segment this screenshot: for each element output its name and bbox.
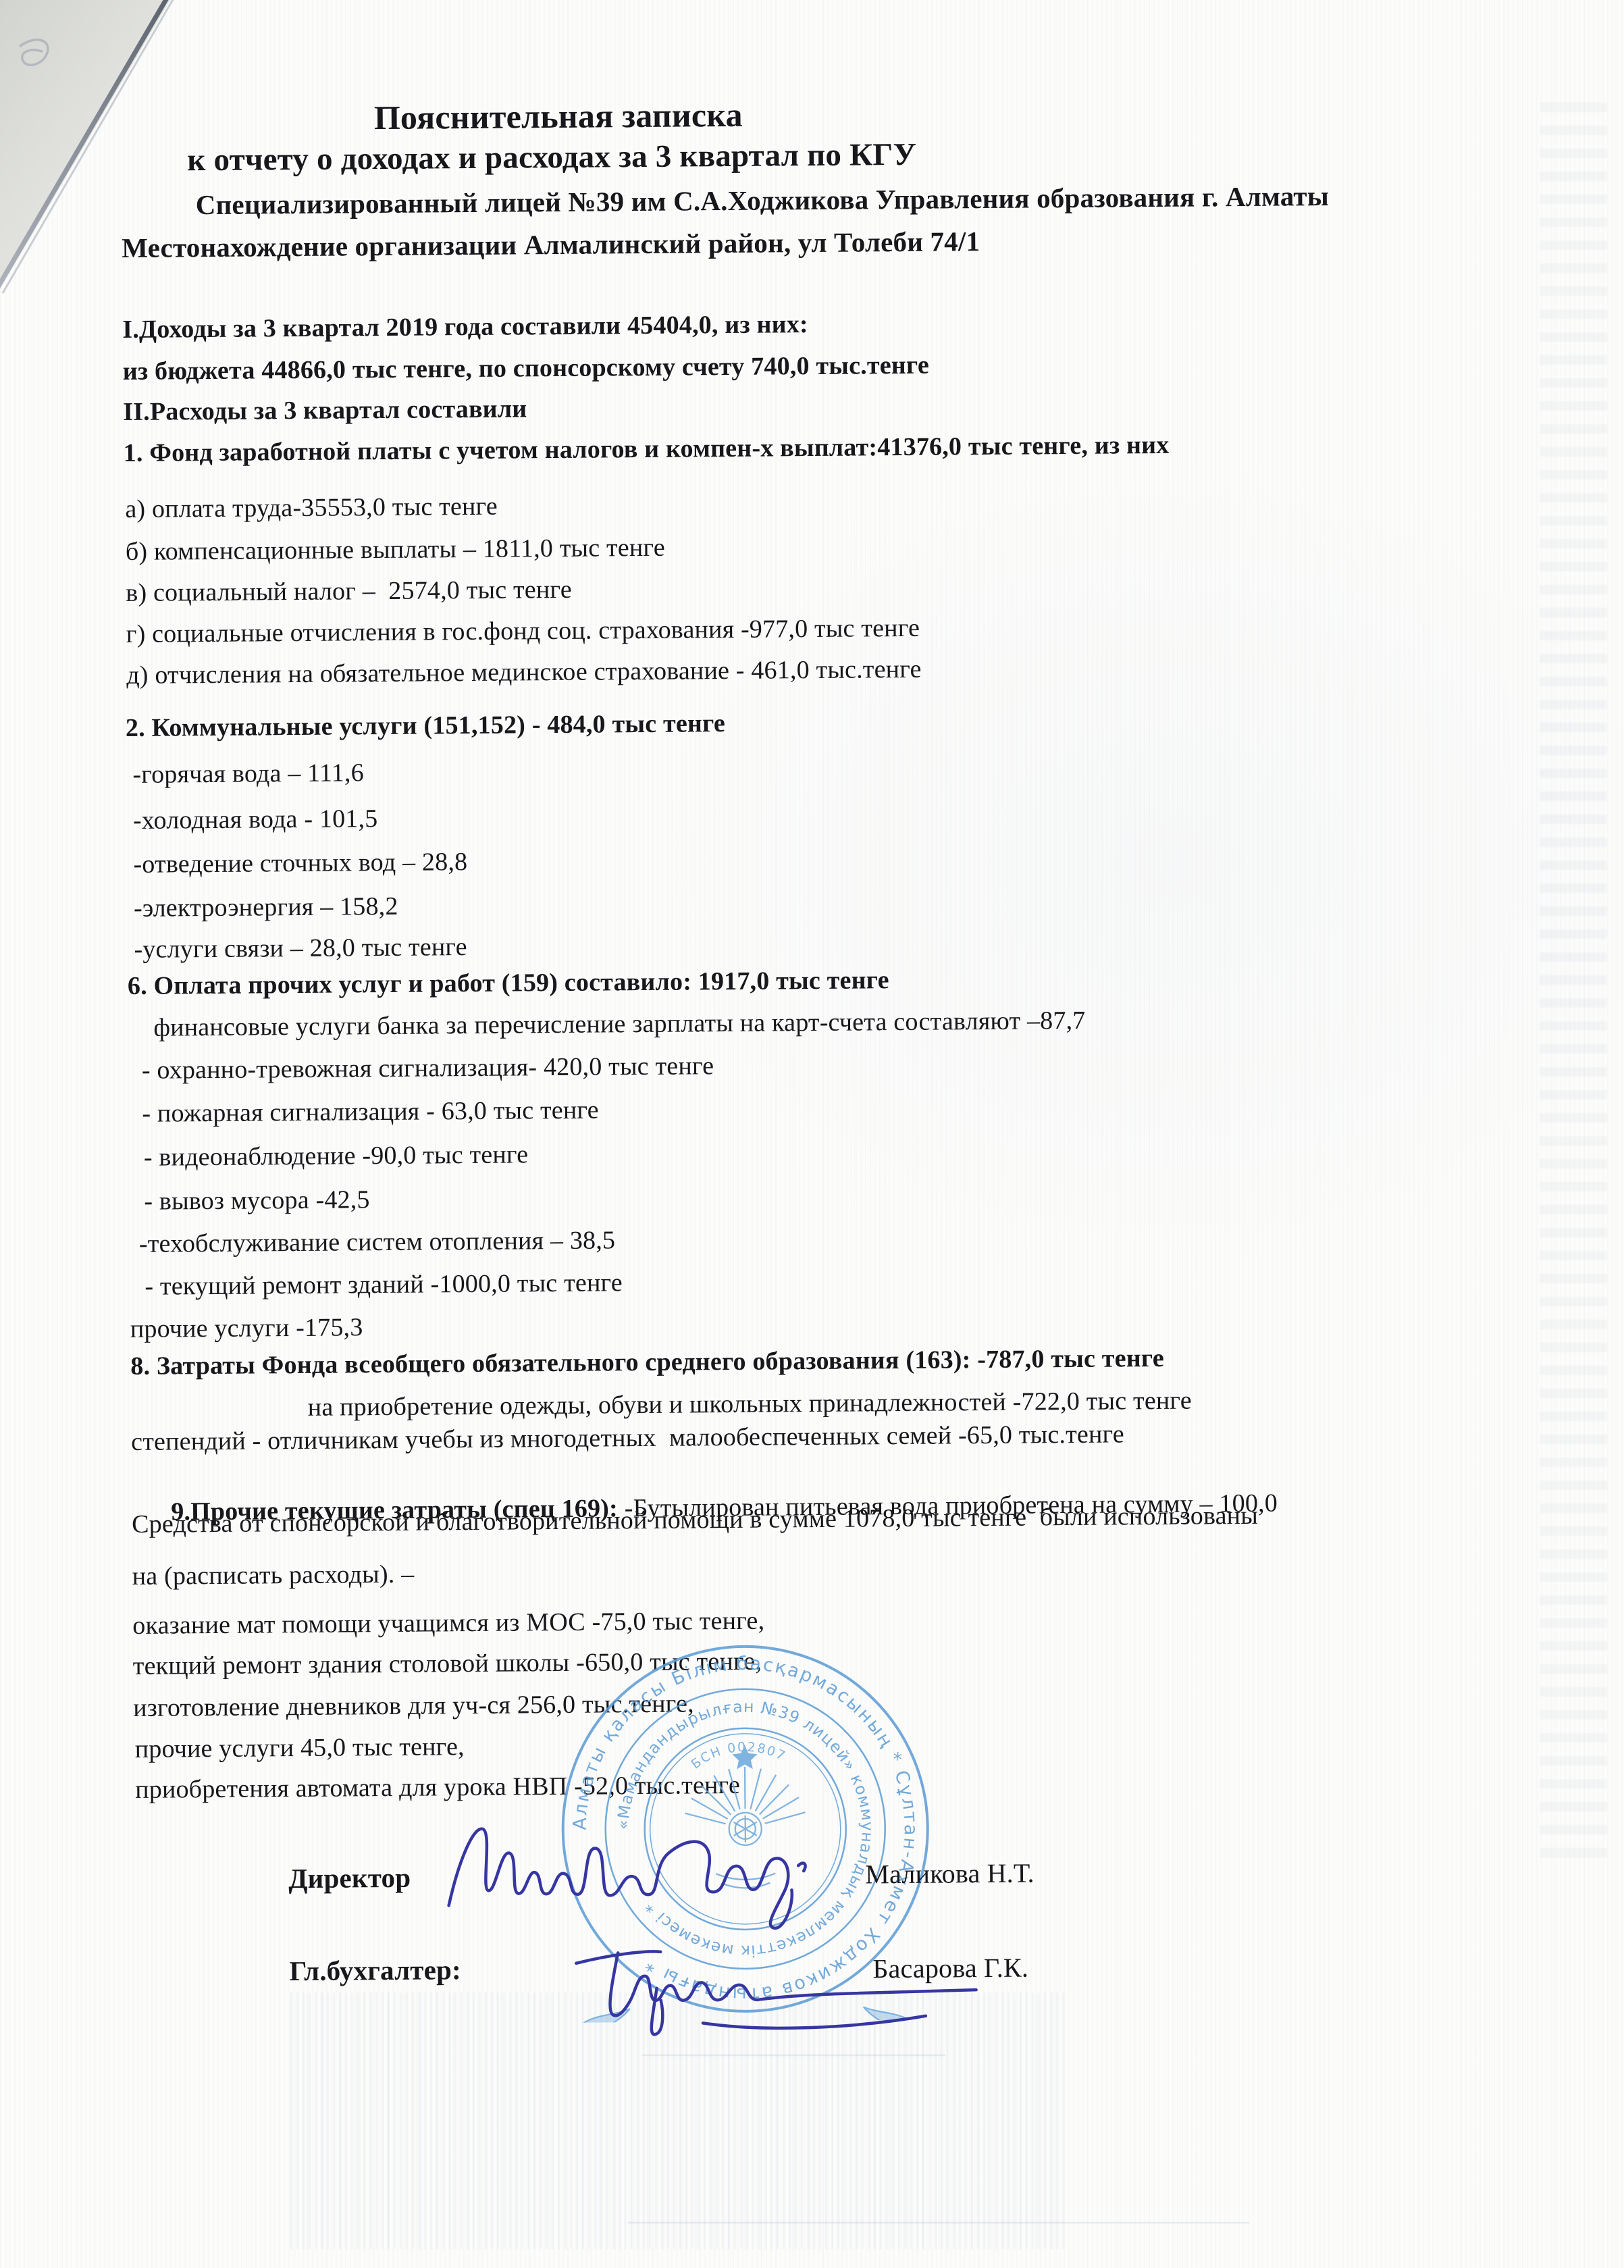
doc-line: на приобретение одежды, обуви и школьных… — [308, 1386, 1192, 1422]
doc-line: а) оплата труда-35553,0 тыс тенге — [125, 492, 498, 524]
doc-address: Местонахождение организации Алмалинский … — [122, 225, 980, 264]
doc-line: г) социальные отчисления в гос.фонд соц.… — [126, 613, 920, 649]
doc-line: 8. Затраты Фонда всеобщего обязательного… — [130, 1343, 1164, 1381]
doc-line: в) социальный налог – 2574,0 тыс тенге — [126, 575, 572, 608]
doc-line: - вывоз мусора -42,5 — [144, 1185, 370, 1216]
doc-line: -горячая вода – 111,6 — [132, 758, 364, 790]
doc-line: - текущий ремонт зданий -1000,0 тыс тенг… — [145, 1268, 623, 1301]
doc-line: I.Доходы за 3 квартал 2019 года составил… — [122, 309, 808, 344]
director-signature — [448, 1826, 793, 1931]
doc-line: б) компенсационные выплаты – 1811,0 тыс … — [126, 533, 665, 567]
doc-organization: Специализированный лицей №39 им С.А.Ходж… — [196, 180, 1330, 221]
handwritten-signatures — [411, 1783, 1020, 2058]
scanned-document-page: Пояснительная записка к отчету о доходах… — [0, 0, 1624, 2268]
doc-line: оказание мат помощи учащимся из МОС -75,… — [132, 1606, 764, 1641]
accountant-signature — [610, 1950, 976, 2015]
doc-line: -холодная вода - 101,5 — [133, 804, 378, 835]
doc-line: -отведение сточных вод – 28,8 — [133, 847, 467, 879]
director-signature-flourish — [798, 1863, 806, 1871]
accountant-signature-underline — [703, 2016, 926, 2029]
doc-line: 2. Коммунальные услуги (151,152) - 484,0… — [126, 708, 725, 743]
doc-line: -электроэнергия – 158,2 — [134, 892, 398, 923]
doc-line: на (расписать расходы). – — [132, 1560, 415, 1591]
doc-line: прочие услуги -175,3 — [130, 1312, 363, 1344]
doc-line: д) отчисления на обязательное мединское … — [126, 654, 922, 690]
doc-line: II.Расходы за 3 квартал составили — [123, 394, 527, 427]
doc-line: -техобслуживание систем отопления – 38,5 — [139, 1225, 616, 1259]
doc-line: -услуги связи – 28,0 тыс тенге — [134, 932, 467, 964]
document-content: Пояснительная записка к отчету о доходах… — [0, 0, 1624, 2268]
director-label: Директор — [288, 1861, 411, 1895]
doc-line: 6. Оплата прочих услуг и работ (159) сос… — [128, 965, 889, 1001]
doc-line: - видеонаблюдение -90,0 тыс тенге — [144, 1139, 529, 1172]
doc-subtitle: к отчету о доходах и расходах за 3 кварт… — [187, 136, 916, 178]
doc-line: прочие услуги 45,0 тыс тенге, — [135, 1732, 465, 1764]
doc-line: степендий - отличникам учебы из многодет… — [131, 1419, 1124, 1457]
doc-title: Пояснительная записка — [374, 95, 743, 137]
doc-line: финансовые услуги банка за перечисление … — [153, 1006, 1085, 1043]
doc-line: 1. Фонд заработной платы с учетом налого… — [124, 430, 1170, 468]
doc-line: из бюджета 44866,0 тыс тенге, по спонсор… — [123, 351, 930, 386]
doc-line: - охранно-тревожная сигнализация- 420,0 … — [142, 1051, 714, 1085]
doc-line: - пожарная сигнализация - 63,0 тыс тенге — [142, 1096, 599, 1129]
